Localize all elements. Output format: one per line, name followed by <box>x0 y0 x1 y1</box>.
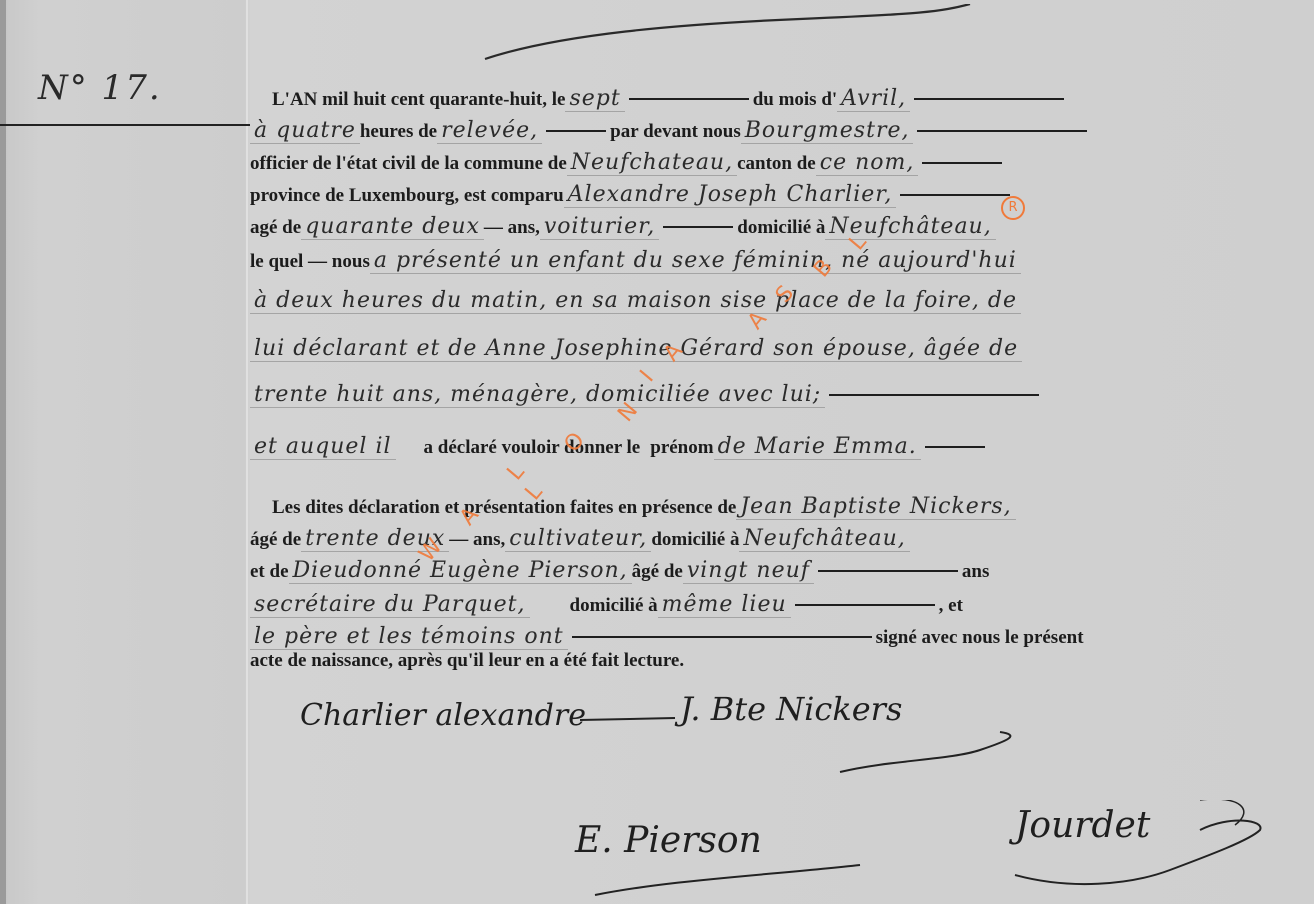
handwritten-commune: Neufchateau, <box>567 150 737 176</box>
printed-text: — ans, <box>484 217 540 239</box>
printed-text: âgé de <box>632 561 683 583</box>
handwritten-given-name: Marie Emma. <box>751 434 921 460</box>
watermark-registered-mark: R <box>1001 196 1025 220</box>
line-12: ágé de trente deux — ans, cultivateur, d… <box>250 526 910 552</box>
line-5: agé de quarante deux — ans, voiturier, d… <box>250 214 996 240</box>
fill-line <box>572 636 872 638</box>
line-1: L'AN mil huit cent quarante-huit, le sep… <box>272 86 1068 112</box>
handwritten-profession: voiturier, <box>540 214 659 240</box>
line-11: Les dites déclaration et présentation fa… <box>272 494 1016 520</box>
fill-line <box>922 162 1002 164</box>
page-edge <box>0 0 6 904</box>
fill-line <box>900 194 1010 196</box>
handwritten-witness-1: Jean Baptiste Nickers, <box>736 494 1015 520</box>
printed-text: canton de <box>737 153 816 175</box>
line-16: acte de naissance, après qu'il leur en a… <box>250 650 684 672</box>
printed-text: le quel — nous <box>250 251 370 273</box>
line-15: le père et les témoins ont signé avec no… <box>250 624 1084 650</box>
printed-text: prénom <box>650 437 713 459</box>
pen-flourish <box>480 4 980 64</box>
fill-line <box>818 570 958 572</box>
printed-text: heures de <box>360 121 437 143</box>
signature-witness-1: J. Bte Nickers <box>680 690 902 728</box>
line-8: lui déclarant et de Anne Josephine Gérar… <box>250 336 1022 362</box>
printed-text: agé de <box>250 217 301 239</box>
fill-line <box>629 98 749 100</box>
line-9: trente huit ans, ménagère, domiciliée av… <box>250 382 1043 408</box>
fill-line <box>795 604 935 606</box>
act-number: N° 17. <box>38 68 162 108</box>
fill-line <box>917 130 1087 132</box>
handwritten-profession: cultivateur, <box>505 526 651 552</box>
document-page: N° 17. L'AN mil huit cent quarante-huit,… <box>0 0 1314 904</box>
signature-flourish <box>830 730 1020 780</box>
signature-father: Charlier alexandre <box>300 698 586 733</box>
handwritten-text: a présenté un enfant du sexe féminin, né… <box>370 248 1021 274</box>
signature-flourish <box>580 710 680 730</box>
handwritten-residence: Neufchâteau, <box>739 526 909 552</box>
line-2: à quatre heures de relevée, par devant n… <box>250 118 1091 144</box>
printed-text: — ans, <box>449 529 505 551</box>
line-4: province de Luxembourg, est comparu Alex… <box>250 182 1014 208</box>
handwritten-text: et auquel il <box>250 434 396 460</box>
fill-line <box>546 130 606 132</box>
signature-flourish <box>590 860 870 900</box>
handwritten-hour: à quatre <box>250 118 360 144</box>
handwritten-text: le père et les témoins ont <box>250 624 568 650</box>
handwritten-text: à deux heures du matin, en sa maison sis… <box>250 288 1021 314</box>
printed-text: ans <box>962 561 989 583</box>
handwritten-residence: même lieu <box>658 592 791 618</box>
handwritten-profession: secrétaire du Parquet, <box>250 592 530 618</box>
handwritten-text: lui déclarant et de Anne Josephine Gérar… <box>250 336 1022 362</box>
handwritten-text: trente huit ans, ménagère, domiciliée av… <box>250 382 825 408</box>
printed-text: par devant nous <box>610 121 741 143</box>
printed-text: signé avec nous le présent <box>876 627 1084 649</box>
margin-rule <box>0 124 250 126</box>
fill-line <box>663 226 733 228</box>
printed-text: domicilié à <box>570 595 658 617</box>
printed-text: domicilié à <box>651 529 739 551</box>
printed-text: du mois d' <box>753 89 837 111</box>
handwritten-month: Avril, <box>837 86 910 112</box>
handwritten-declarant-name: Alexandre Joseph Charlier, <box>564 182 897 208</box>
handwritten-officer: Bourgmestre, <box>741 118 914 144</box>
line-7: à deux heures du matin, en sa maison sis… <box>250 288 1021 314</box>
line-10: et auquel il a déclaré vouloir donner le… <box>250 434 989 460</box>
handwritten-age: quarante deux <box>301 214 484 240</box>
line-3: officier de l'état civil de la commune d… <box>250 150 1006 176</box>
handwritten-day: sept <box>565 86 624 112</box>
printed-text: acte de naissance, après qu'il leur en a… <box>250 650 684 672</box>
signature-witness-2: E. Pierson <box>575 820 762 861</box>
margin-fold <box>246 0 248 904</box>
handwritten-text: de <box>714 434 751 460</box>
printed-text: Les dites déclaration et présentation fa… <box>272 497 736 519</box>
fill-line <box>829 394 1039 396</box>
printed-text: officier de l'état civil de la commune d… <box>250 153 567 175</box>
line-13: et de Dieudonné Eugène Pierson, âgé de v… <box>250 558 989 584</box>
printed-text: , et <box>939 595 963 617</box>
handwritten-period: relevée, <box>437 118 542 144</box>
handwritten-witness-2: Dieudonné Eugène Pierson, <box>289 558 632 584</box>
fill-line <box>925 446 985 448</box>
printed-text: et de <box>250 561 289 583</box>
printed-text: domicilié à <box>737 217 825 239</box>
handwritten-age: vingt neuf <box>683 558 814 584</box>
printed-text: a déclaré vouloir donner le <box>424 437 641 459</box>
handwritten-canton: ce nom, <box>816 150 919 176</box>
signature-flourish <box>1010 800 1270 900</box>
fill-line <box>914 98 1064 100</box>
printed-text: ágé de <box>250 529 301 551</box>
line-6: le quel — nous a présenté un enfant du s… <box>250 248 1021 274</box>
printed-text: L'AN mil huit cent quarante-huit, le <box>272 89 565 111</box>
printed-text: province de Luxembourg, est comparu <box>250 185 564 207</box>
line-14: secrétaire du Parquet, domicilié à même … <box>250 592 963 618</box>
